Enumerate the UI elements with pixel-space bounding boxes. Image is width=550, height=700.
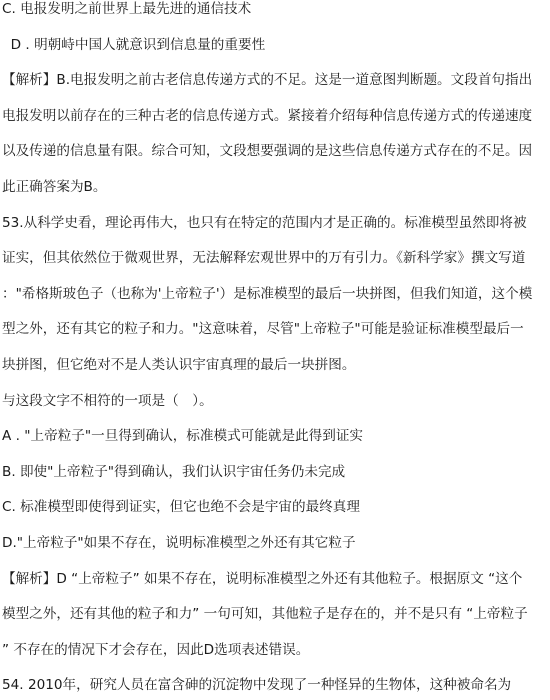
question-53-prompt: 与这段文字不相符的一项是（ ）。 (2, 384, 548, 420)
option-c-q52: C. 电报发明之前世界上最先进的通信技术 (2, 0, 548, 28)
question-53-line-2: 证实，但其依然位于微观世界，无法解释宏观世界中的万有引力。《新科学家》撰文写道 (2, 241, 548, 277)
question-53-line-1: 53.从科学史看，理论再伟大，也只有在特定的范围内才是正确的。标准模型虽然即将被 (2, 206, 548, 242)
question-53-line-4: 型之外，还有其它的粒子和力。"这意味着，尽管"上帝粒子"可能是验证标准模型最后一 (2, 312, 548, 348)
analysis-q52-line-2: 电报发明以前存在的三种古老的信息传递方式。紧接着介绍每种信息传递方式的传递速度 (2, 99, 548, 135)
option-a-q53: A . "上帝粒子"一旦得到确认，标准模式可能就是此得到证实 (2, 419, 548, 455)
analysis-q53-line-1: 【解析】D “上帝粒子” 如果不存在，说明标准模型之外还有其他粒子。根据原文 “… (2, 562, 548, 598)
analysis-q52-line-4: 此正确答案为B。 (2, 170, 548, 206)
option-d-q52: D . 明朝峙中国人就意识到信息量的重要性 (2, 28, 548, 64)
analysis-q52-line-3: 以及传递的信息量有限。综合可知，文段想要强调的是这些信息传递方式存在的不足。因 (2, 134, 548, 170)
option-b-q53: B. 即使"上帝粒子"得到确认，我们认识宇宙任务仍未完成 (2, 455, 548, 491)
question-54-line-1: 54. 2010年，研究人员在富含砷的沉淀物中发现了一种怪异的生物体，这种被命名… (2, 668, 548, 700)
analysis-q52-line-1: 【解析】B.电报发明之前古老信息传递方式的不足。这是一道意图判断题。文段首句指出 (2, 63, 548, 99)
option-c-q53: C. 标准模型即使得到证实，但它也绝不会是宇宙的最终真理 (2, 490, 548, 526)
question-53-line-5: 块拼图，但它绝对不是人类认识宇宙真理的最后一块拼图。 (2, 348, 548, 384)
document-page: C. 电报发明之前世界上最先进的通信技术 D . 明朝峙中国人就意识到信息量的重… (0, 0, 550, 700)
question-53-line-3: ："希格斯玻色子（也称为'上帝粒子'）是标准模型的最后一块拼图，但我们知道，这个… (2, 277, 548, 313)
option-d-q53: D."上帝粒子"如果不存在，说明标准模型之外还有其它粒子 (2, 526, 548, 562)
analysis-q53-line-3: ” 不存在的情况下才会存在，因此D选项表述错误。 (2, 633, 548, 669)
analysis-q53-line-2: 模型之外，还有其他的粒子和力” 一句可知，其他粒子是存在的，并不是只有 “上帝粒… (2, 597, 548, 633)
